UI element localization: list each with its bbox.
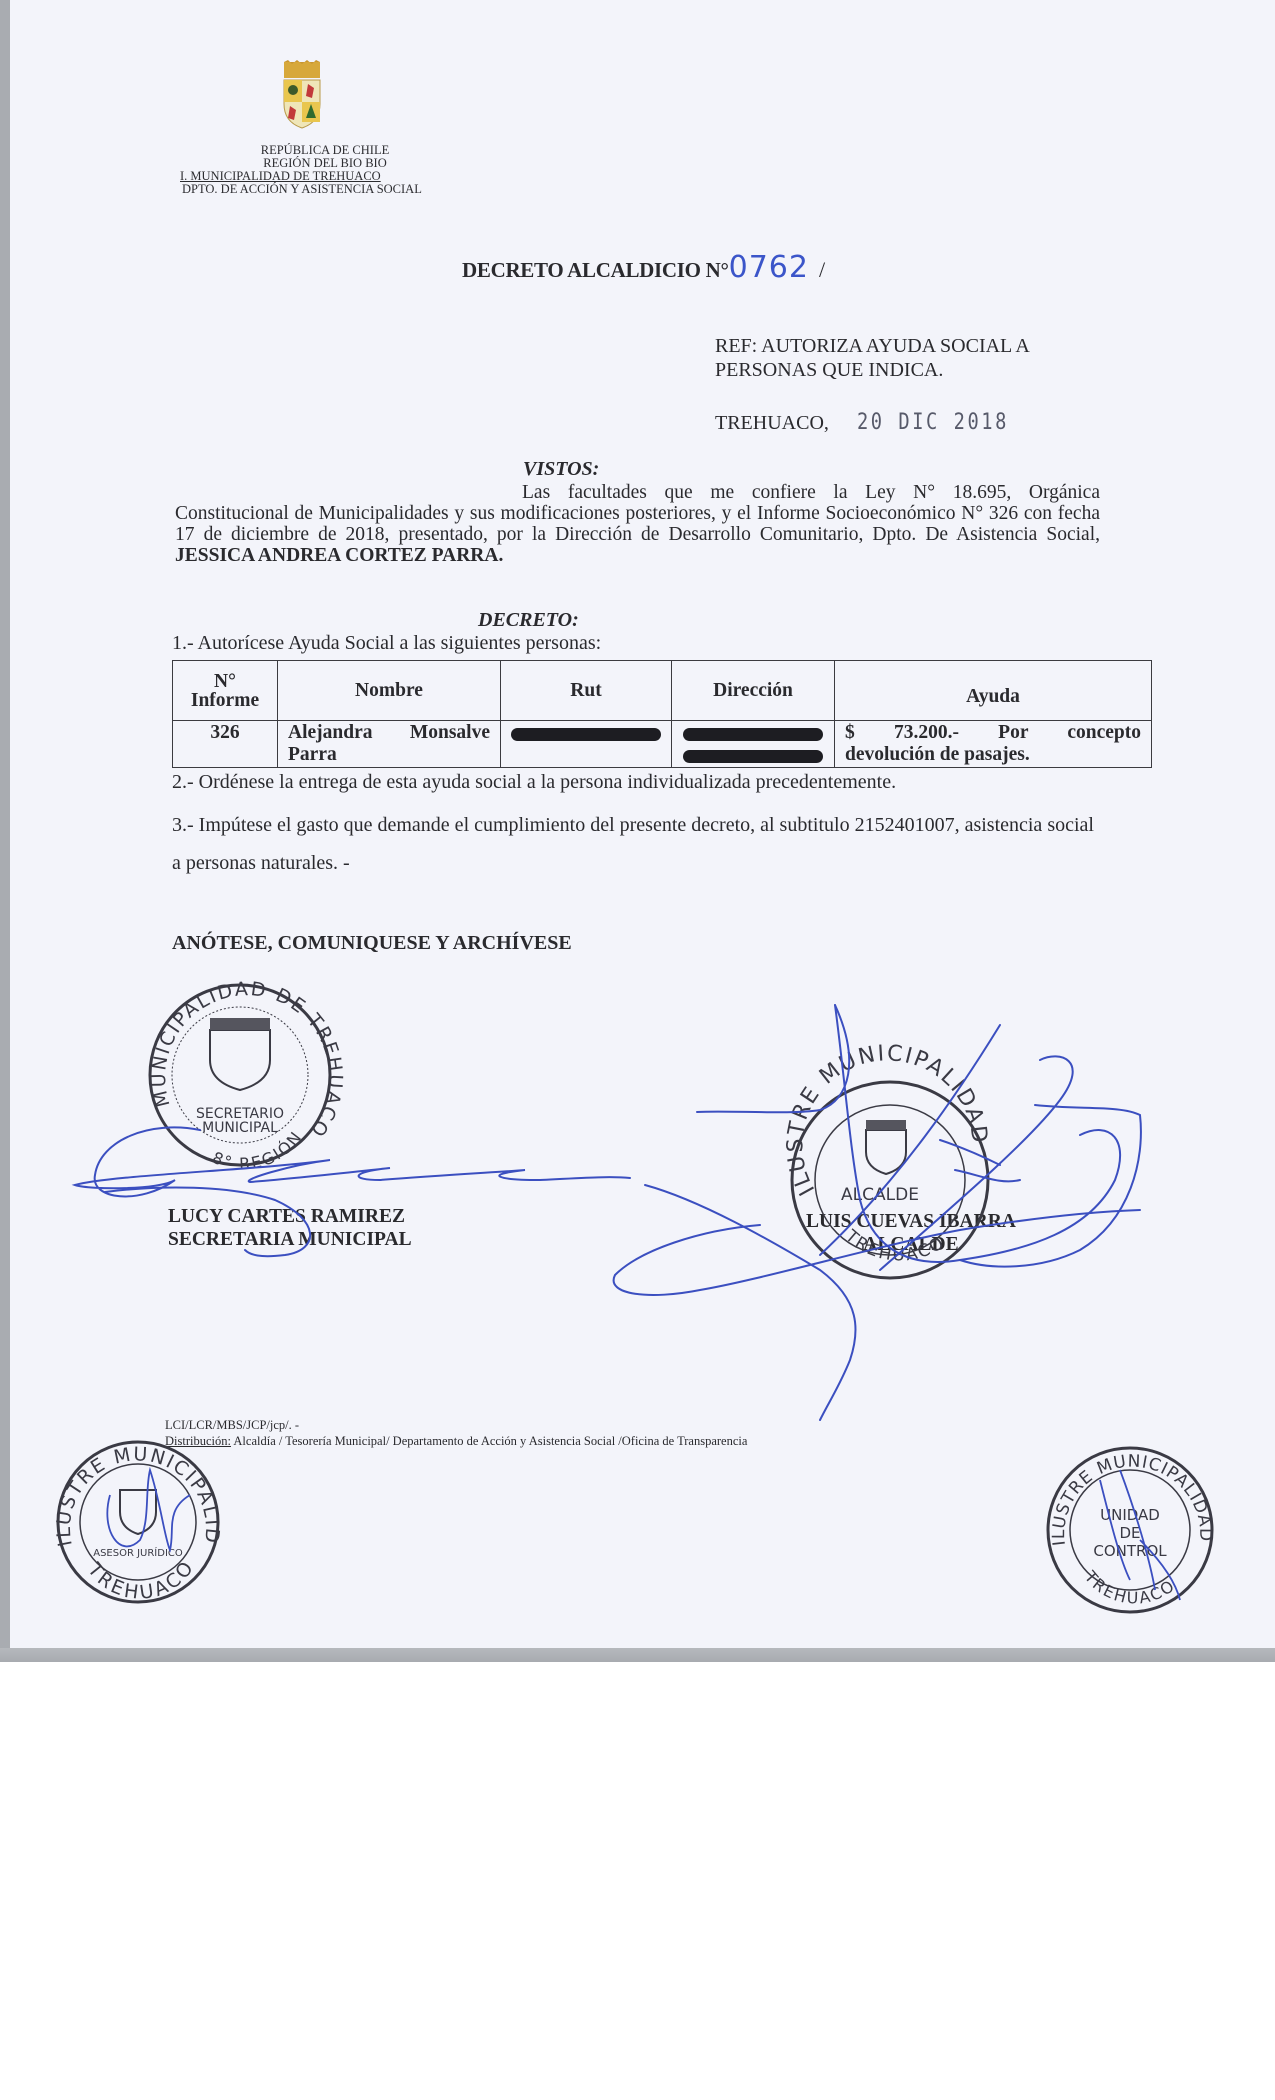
decree-slash: / bbox=[819, 257, 825, 282]
cell-nombre-text: Alejandra Monsalve Parra bbox=[288, 722, 490, 765]
header-rut: Rut bbox=[501, 661, 672, 721]
decree-item-2: 2.- Ordénese la entrega de esta ayuda so… bbox=[172, 771, 896, 794]
decree-item-1: 1.- Autorícese Ayuda Social a las siguie… bbox=[172, 632, 601, 655]
reference-block: REF: AUTORIZA AYUDA SOCIAL A PERSONAS QU… bbox=[715, 334, 1030, 382]
table-row: 326 Alejandra Monsalve Parra $ 73.200.- … bbox=[173, 721, 1152, 768]
coat-of-arms-icon bbox=[280, 60, 324, 130]
letterhead-department: DPTO. DE ACCIÓN Y ASISTENCIA SOCIAL bbox=[150, 183, 500, 196]
header-direccion: Dirección bbox=[672, 661, 835, 721]
aid-table: N° Informe Nombre Rut Dirección Ayuda 32… bbox=[172, 660, 1152, 768]
table-header-row: N° Informe Nombre Rut Dirección Ayuda bbox=[173, 661, 1152, 721]
cell-direccion-redacted bbox=[672, 721, 835, 768]
redaction-mark bbox=[683, 750, 823, 763]
header-ayuda: Ayuda bbox=[835, 661, 1152, 721]
redaction-mark bbox=[683, 728, 823, 741]
place: TREHUACO, bbox=[715, 412, 829, 434]
header-informe-line2: Informe bbox=[191, 690, 259, 711]
secretary-name: LUCY CARTES RAMIREZ bbox=[168, 1205, 412, 1228]
decree-title-label: DECRETO ALCALDICIO N° bbox=[462, 258, 729, 282]
cell-nombre: Alejandra Monsalve Parra bbox=[278, 721, 501, 768]
reference-line-2: PERSONAS QUE INDICA. bbox=[715, 358, 1030, 382]
scan-bottom-edge bbox=[0, 1648, 1275, 1662]
signature-block-mayor: LUIS CUEVAS IBARRA ALCALDE bbox=[806, 1210, 1016, 1256]
cell-informe: 326 bbox=[173, 721, 278, 768]
reference-line-1: REF: AUTORIZA AYUDA SOCIAL A bbox=[715, 334, 1030, 358]
place-date: TREHUACO,20 DIC 2018 bbox=[715, 410, 1036, 435]
decree-title: DECRETO ALCALDICIO N°0762/ bbox=[462, 250, 825, 285]
vistos-text: Las facultades que me confiere la Ley N°… bbox=[175, 482, 1100, 545]
footer-distribution: Distribución: Alcaldía / Tesorería Munic… bbox=[165, 1434, 747, 1449]
closing-formula: ANÓTESE, COMUNIQUESE Y ARCHÍVESE bbox=[172, 932, 572, 955]
decree-item-3: 3.- Impútese el gasto que demande el cum… bbox=[172, 806, 1100, 882]
letterhead: REPÚBLICA DE CHILE REGIÓN DEL BIO BIO I.… bbox=[150, 144, 500, 196]
mayor-title: ALCALDE bbox=[806, 1233, 1016, 1256]
scan-edge bbox=[0, 0, 10, 1648]
redaction-mark bbox=[511, 728, 661, 741]
signature-block-secretary: LUCY CARTES RAMIREZ SECRETARIA MUNICIPAL bbox=[168, 1205, 412, 1251]
vistos-paragraph: Las facultades que me confiere la Ley N°… bbox=[175, 482, 1100, 566]
distribution-text: Alcaldía / Tesorería Municipal/ Departam… bbox=[231, 1434, 747, 1448]
vistos-heading: VISTOS: bbox=[523, 458, 599, 481]
vistos-name: JESSICA ANDREA CORTEZ PARRA. bbox=[175, 545, 503, 566]
secretary-title: SECRETARIA MUNICIPAL bbox=[168, 1228, 412, 1251]
distribution-label: Distribución: bbox=[165, 1434, 231, 1448]
decreto-heading: DECRETO: bbox=[478, 609, 579, 632]
mayor-name: LUIS CUEVAS IBARRA bbox=[806, 1210, 1016, 1233]
footer-initials: LCI/LCR/MBS/JCP/jcp/. - bbox=[165, 1418, 299, 1433]
date-stamp: 20 DIC 2018 bbox=[857, 410, 1009, 435]
decree-number-handwritten: 0762 bbox=[729, 250, 809, 285]
header-informe-line1: N° bbox=[214, 671, 236, 692]
cell-rut-redacted bbox=[501, 721, 672, 768]
header-informe: N° Informe bbox=[173, 661, 278, 721]
header-nombre: Nombre bbox=[278, 661, 501, 721]
cell-ayuda: $ 73.200.- Por concepto devolución de pa… bbox=[835, 721, 1152, 768]
